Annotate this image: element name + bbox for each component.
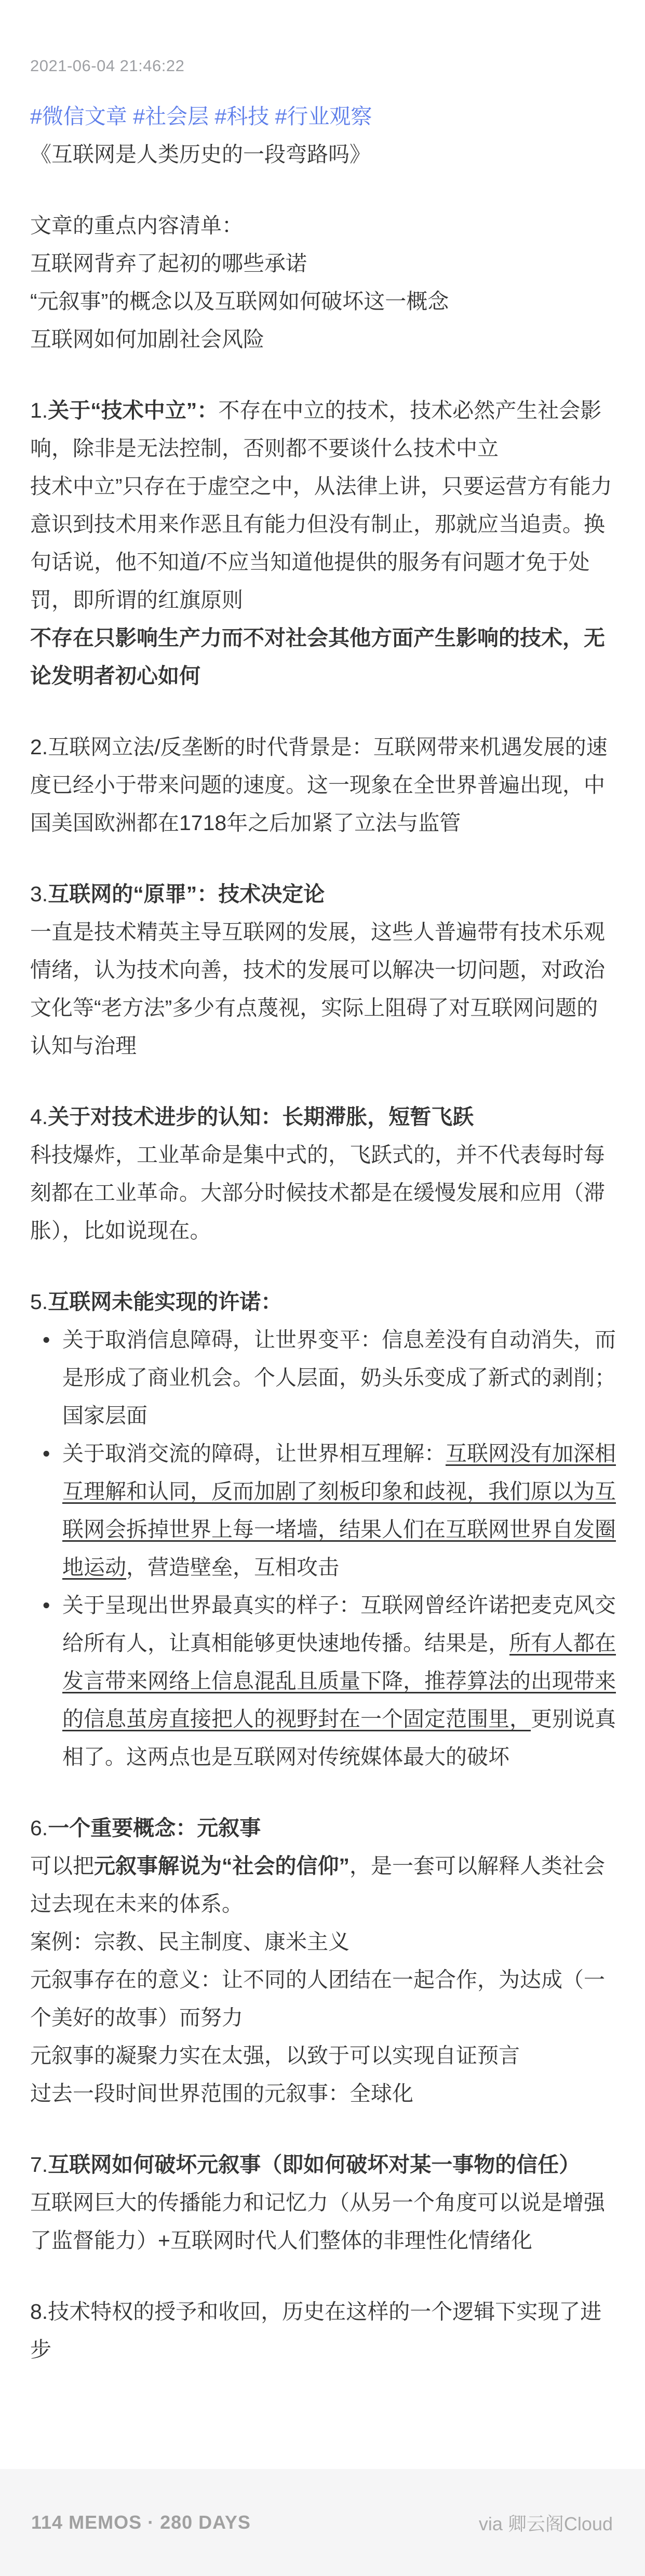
text-run: 过去一段时间世界范围的元叙事：全球化 <box>30 2081 413 2105</box>
memo-timestamp: 2021-06-04 21:46:22 <box>30 0 617 75</box>
text-run: “元叙事”的概念以及互联网如何破坏这一概念 <box>30 289 449 313</box>
memo-stats: 114 MEMOS · 280 DAYS <box>31 2512 251 2533</box>
memo-block: 6.一个重要概念：元叙事可以把元叙事解说为“社会的信仰”，是一套可以解释人类社会… <box>30 1809 617 2113</box>
text-run: 元叙事解说为“社会的信仰” <box>94 1854 350 1878</box>
text-run: 关于取消信息障碍，让世界变平：信息差没有自动消失，而是形成了商业机会。个人层面，… <box>62 1328 616 1427</box>
via-credit-link[interactable]: via 卿云阁Cloud <box>479 2510 613 2536</box>
memo-paragraph: 可以把元叙事解说为“社会的信仰”，是一套可以解释人类社会过去现在未来的体系。 <box>30 1847 617 1923</box>
text-run: 关于取消交流的障碍，让世界相互理解： <box>62 1442 446 1465</box>
text-run: 元叙事的凝聚力实在太强，以致于可以实现自证预言 <box>30 2044 520 2067</box>
text-run: 元叙事存在的意义：让不同的人团结在一起合作，为达成（一个美好的故事）而努力 <box>30 1968 605 2030</box>
text-run: 案例：宗教、民主制度、康米主义 <box>30 1930 350 1954</box>
memo-blocks: 文章的重点内容清单：互联网背弃了起初的哪些承诺“元叙事”的概念以及互联网如何破坏… <box>30 207 617 2369</box>
memo-block: 2.互联网立法/反垄断的时代背景是：互联网带来机遇发展的速度已经小于带来问题的速… <box>30 728 617 842</box>
memo-card: 2021-06-04 21:46:22 #微信文章 #社会层 #科技 #行业观察… <box>0 0 645 2369</box>
bullet-item: 关于取消信息障碍，让世界变平：信息差没有自动消失，而是形成了商业机会。个人层面，… <box>30 1321 617 1435</box>
memo-paragraph: 互联网巨大的传播能力和记忆力（从另一个角度可以说是增强了监督能力）+互联网时代人… <box>30 2184 617 2260</box>
text-run: 1. <box>30 398 48 422</box>
memo-paragraph: 互联网如何加剧社会风险 <box>30 321 617 358</box>
text-run: 7. <box>30 2153 48 2177</box>
text-run: 8.技术特权的授予和收回，历史在这样的一个逻辑下实现了进步 <box>30 2300 601 2361</box>
text-run: ，营造壁垒，互相攻击 <box>126 1555 339 1579</box>
memo-paragraph: 元叙事存在的意义：让不同的人团结在一起合作，为达成（一个美好的故事）而努力 <box>30 1961 617 2037</box>
memo-paragraph: 一直是技术精英主导互联网的发展，这些人普遍带有技术乐观情绪，认为技术向善，技术的… <box>30 913 617 1065</box>
text-run: 3. <box>30 882 48 906</box>
memo-block: 文章的重点内容清单：互联网背弃了起初的哪些承诺“元叙事”的概念以及互联网如何破坏… <box>30 207 617 358</box>
memo-block: 1.关于“技术中立”：不存在中立的技术，技术必然产生社会影响，除非是无法控制，否… <box>30 392 617 695</box>
memo-title: 《互联网是人类历史的一段弯路吗》 <box>30 136 617 173</box>
memo-block: 3.互联网的“原罪”：技术决定论一直是技术精英主导互联网的发展，这些人普遍带有技… <box>30 875 617 1065</box>
text-run: 互联网背弃了起初的哪些承诺 <box>30 251 307 275</box>
memo-paragraph: 文章的重点内容清单： <box>30 207 617 245</box>
text-run: 文章的重点内容清单： <box>30 213 243 237</box>
bullet-item: 关于取消交流的障碍，让世界相互理解：互联网没有加深相互理解和认同，反而加剧了刻板… <box>30 1435 617 1586</box>
text-run: 技术中立”只存在于虚空之中，从法律上讲，只要运营方有能力意识到技术用来作恶且有能… <box>30 474 612 612</box>
memo-content: #微信文章 #社会层 #科技 #行业观察 《互联网是人类历史的一段弯路吗》 文章… <box>30 98 617 2369</box>
memo-tags[interactable]: #微信文章 #社会层 #科技 #行业观察 <box>30 98 617 136</box>
memo-paragraph: 科技爆炸，工业革命是集中式的，飞跃式的，并不代表每时每刻都在工业革命。大部分时候… <box>30 1136 617 1250</box>
text-run: 4. <box>30 1105 48 1129</box>
footer-bar: 114 MEMOS · 280 DAYS via 卿云阁Cloud <box>0 2469 645 2576</box>
memo-block: 8.技术特权的授予和收回，历史在这样的一个逻辑下实现了进步 <box>30 2293 617 2369</box>
text-run: 科技爆炸，工业革命是集中式的，飞跃式的，并不代表每时每刻都在工业革命。大部分时候… <box>30 1143 605 1243</box>
memo-paragraph: 8.技术特权的授予和收回，历史在这样的一个逻辑下实现了进步 <box>30 2293 617 2369</box>
memo-paragraph: “元叙事”的概念以及互联网如何破坏这一概念 <box>30 283 617 321</box>
text-run: 不存在只影响生产力而不对社会其他方面产生影响的技术，无论发明者初心如何 <box>30 626 605 688</box>
text-run: 互联网未能实现的许诺： <box>48 1290 282 1314</box>
text-run: 6. <box>30 1816 48 1840</box>
memo-block: 4.关于对技术进步的认知：长期滞胀，短暂飞跃科技爆炸，工业革命是集中式的，飞跃式… <box>30 1098 617 1250</box>
memo-paragraph: 7.互联网如何破坏元叙事（即如何破坏对某一事物的信任） <box>30 2146 617 2184</box>
memo-paragraph: 5.互联网未能实现的许诺： <box>30 1283 617 1321</box>
memo-paragraph: 互联网背弃了起初的哪些承诺 <box>30 245 617 283</box>
bullet-item: 关于呈现出世界最真实的样子：互联网曾经许诺把麦克风交给所有人，让真相能够更快速地… <box>30 1586 617 1776</box>
memo-paragraph: 不存在只影响生产力而不对社会其他方面产生影响的技术，无论发明者初心如何 <box>30 619 617 695</box>
memo-block: 7.互联网如何破坏元叙事（即如何破坏对某一事物的信任）互联网巨大的传播能力和记忆… <box>30 2146 617 2260</box>
text-run: 互联网如何加剧社会风险 <box>30 327 264 351</box>
memo-paragraph: 2.互联网立法/反垄断的时代背景是：互联网带来机遇发展的速度已经小于带来问题的速… <box>30 728 617 842</box>
memo-block: 5.互联网未能实现的许诺：关于取消信息障碍，让世界变平：信息差没有自动消失，而是… <box>30 1283 617 1776</box>
text-run: 2.互联网立法/反垄断的时代背景是：互联网带来机遇发展的速度已经小于带来问题的速… <box>30 735 608 835</box>
text-run: 互联网巨大的传播能力和记忆力（从另一个角度可以说是增强了监督能力）+互联网时代人… <box>30 2191 605 2252</box>
memo-paragraph: 6.一个重要概念：元叙事 <box>30 1809 617 1847</box>
text-run: 关于对技术进步的认知：长期滞胀，短暂飞跃 <box>48 1105 474 1129</box>
text-run: 关于“技术中立”： <box>48 398 218 422</box>
memo-paragraph: 过去一段时间世界范围的元叙事：全球化 <box>30 2075 617 2113</box>
memo-paragraph: 3.互联网的“原罪”：技术决定论 <box>30 875 617 913</box>
text-run: 一个重要概念：元叙事 <box>48 1816 261 1840</box>
memo-paragraph: 技术中立”只存在于虚空之中，从法律上讲，只要运营方有能力意识到技术用来作恶且有能… <box>30 468 617 619</box>
text-run: 5. <box>30 1290 48 1314</box>
text-run: 可以把 <box>30 1854 94 1878</box>
memo-paragraph: 4.关于对技术进步的认知：长期滞胀，短暂飞跃 <box>30 1098 617 1136</box>
text-run: 一直是技术精英主导互联网的发展，这些人普遍带有技术乐观情绪，认为技术向善，技术的… <box>30 920 605 1058</box>
memo-paragraph: 1.关于“技术中立”：不存在中立的技术，技术必然产生社会影响，除非是无法控制，否… <box>30 392 617 468</box>
memo-paragraph: 案例：宗教、民主制度、康米主义 <box>30 1923 617 1961</box>
text-run: 互联网如何破坏元叙事（即如何破坏对某一事物的信任） <box>48 2153 580 2177</box>
text-run: 互联网的“原罪”：技术决定论 <box>48 882 325 906</box>
memo-paragraph: 元叙事的凝聚力实在太强，以致于可以实现自证预言 <box>30 2037 617 2075</box>
